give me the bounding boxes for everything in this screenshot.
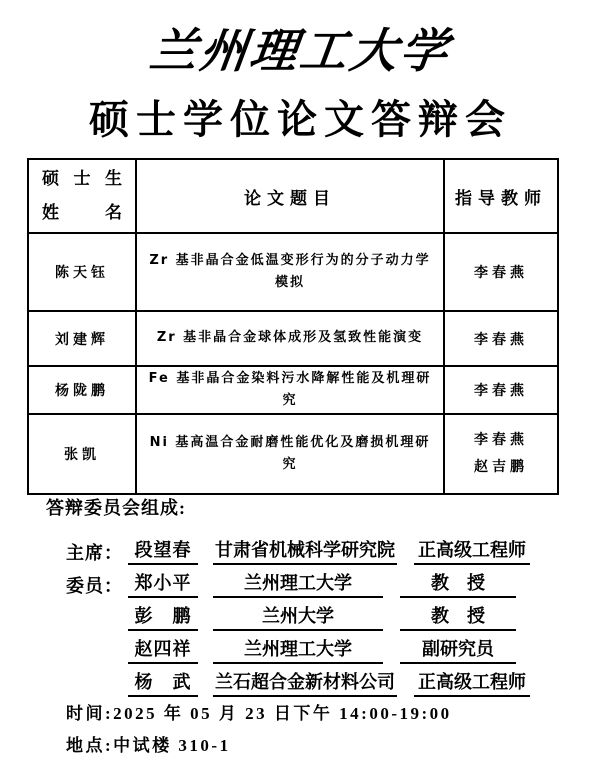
member-title: 副研究员: [400, 635, 516, 664]
advisor-name: 赵吉鹏: [445, 454, 557, 481]
advisor-names: 李春燕 赵吉鹏: [444, 414, 558, 494]
thesis-title: Fe 基非晶合金染料污水降解性能及机理研究: [136, 366, 444, 414]
thesis-title: Zr 基非晶合金球体成形及氢致性能演变: [136, 311, 444, 366]
header-advisor: 指导教师: [444, 159, 558, 233]
header-student-name: 硕士生 姓名: [28, 159, 136, 233]
member-name: 赵四祥: [128, 635, 198, 664]
member-title: 教 授: [400, 569, 516, 598]
header-student-line2: 姓名: [42, 196, 122, 230]
member-organization: 兰州理工大学: [213, 635, 383, 664]
defense-location: 地点:中试楼 310-1: [66, 731, 231, 756]
defense-table: 硕士生 姓名 论文题目 指导教师 陈天钰 Zr 基非晶合金低温变形行为的分子动力…: [27, 158, 559, 495]
committee-row: 委员： 郑小平 兰州理工大学 教 授: [66, 565, 530, 598]
advisor-name: 李春燕: [444, 311, 558, 366]
thesis-title: Ni 基高温合金耐磨性能优化及磨损机理研究: [136, 414, 444, 494]
member-name: 郑小平: [128, 569, 198, 598]
member-role-label: 主席：: [66, 539, 128, 565]
committee-heading: 答辩委员会组成:: [46, 494, 186, 520]
table-row: 陈天钰 Zr 基非晶合金低温变形行为的分子动力学模拟 李春燕: [28, 233, 558, 311]
committee-row: 赵四祥 兰州理工大学 副研究员: [66, 631, 530, 664]
member-organization: 兰州大学: [213, 602, 383, 631]
thesis-title: Zr 基非晶合金低温变形行为的分子动力学模拟: [136, 233, 444, 311]
advisor-name: 李春燕: [444, 233, 558, 311]
table-header-row: 硕士生 姓名 论文题目 指导教师: [28, 159, 558, 233]
member-title: 正高级工程师: [414, 668, 530, 697]
member-organization: 兰州理工大学: [213, 569, 383, 598]
student-name: 陈天钰: [28, 233, 136, 311]
student-name: 杨陇鹏: [28, 366, 136, 414]
student-name: 刘建辉: [28, 311, 136, 366]
header-thesis-title: 论文题目: [136, 159, 444, 233]
committee-list: 主席： 段望春 甘肃省机械科学研究院 正高级工程师 委员： 郑小平 兰州理工大学…: [66, 532, 530, 697]
table-row: 张凯 Ni 基高温合金耐磨性能优化及磨损机理研究 李春燕 赵吉鹏: [28, 414, 558, 494]
table-row: 刘建辉 Zr 基非晶合金球体成形及氢致性能演变 李春燕: [28, 311, 558, 366]
member-title: 教 授: [400, 602, 516, 631]
member-organization: 兰石超合金新材料公司: [213, 668, 397, 697]
table-row: 杨陇鹏 Fe 基非晶合金染料污水降解性能及机理研究 李春燕: [28, 366, 558, 414]
defense-time: 时间:2025 年 05 月 23 日下午 14:00-19:00: [66, 699, 452, 724]
header-student-line1: 硕士生: [42, 162, 122, 196]
advisor-name: 李春燕: [444, 366, 558, 414]
student-name: 张凯: [28, 414, 136, 494]
member-name: 杨 武: [128, 668, 198, 697]
document-page: 兰州理工大学 硕士学位论文答辩会 硕士生 姓名 论文题目 指导教师 陈天钰 Zr…: [0, 0, 601, 781]
university-logo: 兰州理工大学: [0, 14, 601, 81]
member-organization: 甘肃省机械科学研究院: [213, 536, 397, 565]
member-name: 彭 鹏: [128, 602, 198, 631]
committee-row: 主席： 段望春 甘肃省机械科学研究院 正高级工程师: [66, 532, 530, 565]
member-role-label: 委员：: [66, 572, 128, 598]
committee-row: 彭 鹏 兰州大学 教 授: [66, 598, 530, 631]
committee-row: 杨 武 兰石超合金新材料公司 正高级工程师: [66, 664, 530, 697]
advisor-name: 李春燕: [445, 427, 557, 454]
member-title: 正高级工程师: [414, 536, 530, 565]
page-title: 硕士学位论文答辩会: [0, 88, 601, 145]
member-name: 段望春: [128, 536, 198, 565]
